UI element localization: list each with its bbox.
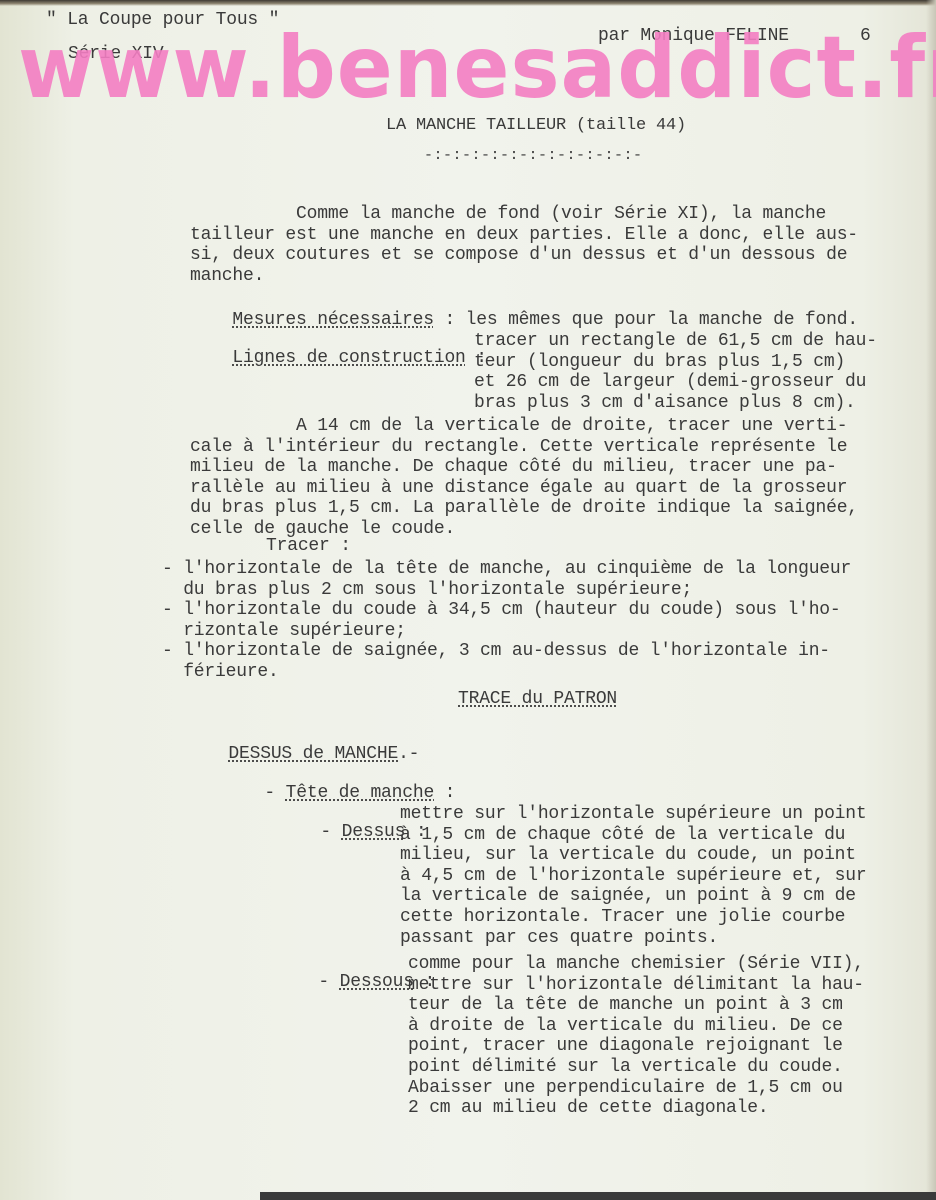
list-item-line: - l'horizontale de la tête de manche, au…: [162, 559, 851, 580]
paragraph-line: à droite de la verticale du milieu. De c…: [408, 1016, 864, 1037]
dessus-dash: -: [320, 822, 341, 842]
paragraph-line: si, deux coutures et se compose d'un des…: [190, 245, 858, 266]
paragraph-line: et 26 cm de largeur (demi-grosseur du: [474, 372, 877, 393]
paragraph-line: à 1,5 cm de chaque côté de la verticale …: [400, 825, 866, 846]
dessus-label: Dessus: [342, 822, 406, 842]
paragraph-line: rallèle au milieu à une distance égale a…: [190, 478, 858, 499]
dessus-text: mettre sur l'horizontale supérieure un p…: [400, 804, 866, 948]
lignes-label-line: Lignes de construction :: [190, 328, 487, 388]
paragraph-line: mettre sur l'horizontale supérieure un p…: [400, 804, 866, 825]
intro-paragraph: Comme la manche de fond (voir Série XI),…: [190, 204, 858, 286]
paragraph-line: mettre sur l'horizontale délimitant la h…: [408, 975, 864, 996]
dessus-manche-heading-suffix: .-: [398, 744, 419, 764]
paragraph-line: la verticale de saignée, un point à 9 cm…: [400, 886, 866, 907]
page-right-edge: [926, 0, 936, 1200]
mesures-text: : les mêmes que pour la manche de fond.: [434, 310, 858, 330]
document-page: " La Coupe pour Tous " Série XIV par Mon…: [0, 0, 936, 1200]
dessous-dash: -: [318, 972, 339, 992]
tracer-label: Tracer :: [160, 536, 351, 556]
paragraph-line: point délimité sur la verticale du coude…: [408, 1057, 864, 1078]
tete-dash: -: [264, 783, 285, 803]
paragraph-line: passant par ces quatre points.: [400, 928, 866, 949]
paragraph-line: Abaisser une perpendiculaire de 1,5 cm o…: [408, 1078, 864, 1099]
paragraph-line: milieu, sur la verticale du coude, un po…: [400, 845, 866, 866]
dessous-label: Dessous: [340, 972, 414, 992]
tete-manche-label: Tête de manche: [286, 783, 434, 803]
list-item-line: - l'horizontale de saignée, 3 cm au-dess…: [162, 641, 851, 662]
paragraph-line: 2 cm au milieu de cette diagonale.: [408, 1098, 864, 1119]
paragraph-line: comme pour la manche chemisier (Série VI…: [408, 954, 864, 975]
list-item-line: du bras plus 2 cm sous l'horizontale sup…: [162, 580, 851, 601]
paragraph-line: point, tracer une diagonale rejoignant l…: [408, 1036, 864, 1057]
list-item-line: - l'horizontale du coude à 34,5 cm (haut…: [162, 600, 851, 621]
paragraph-line: à 4,5 cm de l'horizontale supérieure et,…: [400, 866, 866, 887]
paragraph-line: Comme la manche de fond (voir Série XI),…: [190, 204, 858, 225]
paragraph-line: teur (longueur du bras plus 1,5 cm): [474, 352, 877, 373]
paragraph-line: manche.: [190, 266, 858, 287]
lignes-text: tracer un rectangle de 61,5 cm de hau-te…: [474, 331, 877, 413]
dessus-manche-heading: DESSUS de MANCHE: [228, 744, 398, 764]
mesures-label: Mesures nécessaires: [232, 310, 433, 330]
paragraph-line: A 14 cm de la verticale de droite, trace…: [190, 416, 858, 437]
page-bottom-edge: [260, 1192, 936, 1200]
paragraph-line: tailleur est une manche en deux parties.…: [190, 225, 858, 246]
watermark-text: www.benesaddict.fr: [18, 18, 936, 118]
list-item-line: rizontale supérieure;: [162, 621, 851, 642]
tete-suffix: :: [434, 783, 455, 803]
title-separator: -:-:-:-:-:-:-:-:-:-:-:-: [424, 146, 643, 166]
paragraph-line: cette horizontale. Tracer une jolie cour…: [400, 907, 866, 928]
lignes-label: Lignes de construction: [232, 348, 465, 368]
dessous-text: comme pour la manche chemisier (Série VI…: [408, 954, 864, 1119]
page-top-edge: [0, 0, 936, 6]
page-title: LA MANCHE TAILLEUR (taille 44): [386, 116, 686, 136]
paragraph-line: cale à l'intérieur du rectangle. Cette v…: [190, 437, 858, 458]
paragraph-line: milieu de la manche. De chaque côté du m…: [190, 457, 858, 478]
list-item-line: férieure.: [162, 662, 851, 683]
tracer-list: - l'horizontale de la tête de manche, au…: [162, 559, 851, 683]
paragraph-line: tracer un rectangle de 61,5 cm de hau-: [474, 331, 877, 352]
paragraph-line: bras plus 3 cm d'aisance plus 8 cm).: [474, 393, 877, 414]
section-title: TRACE du PATRON: [458, 689, 617, 709]
paragraph-line: teur de la tête de manche un point à 3 c…: [408, 995, 864, 1016]
paragraph-line: du bras plus 1,5 cm. La parallèle de dro…: [190, 498, 858, 519]
verticale-paragraph: A 14 cm de la verticale de droite, trace…: [190, 416, 858, 540]
